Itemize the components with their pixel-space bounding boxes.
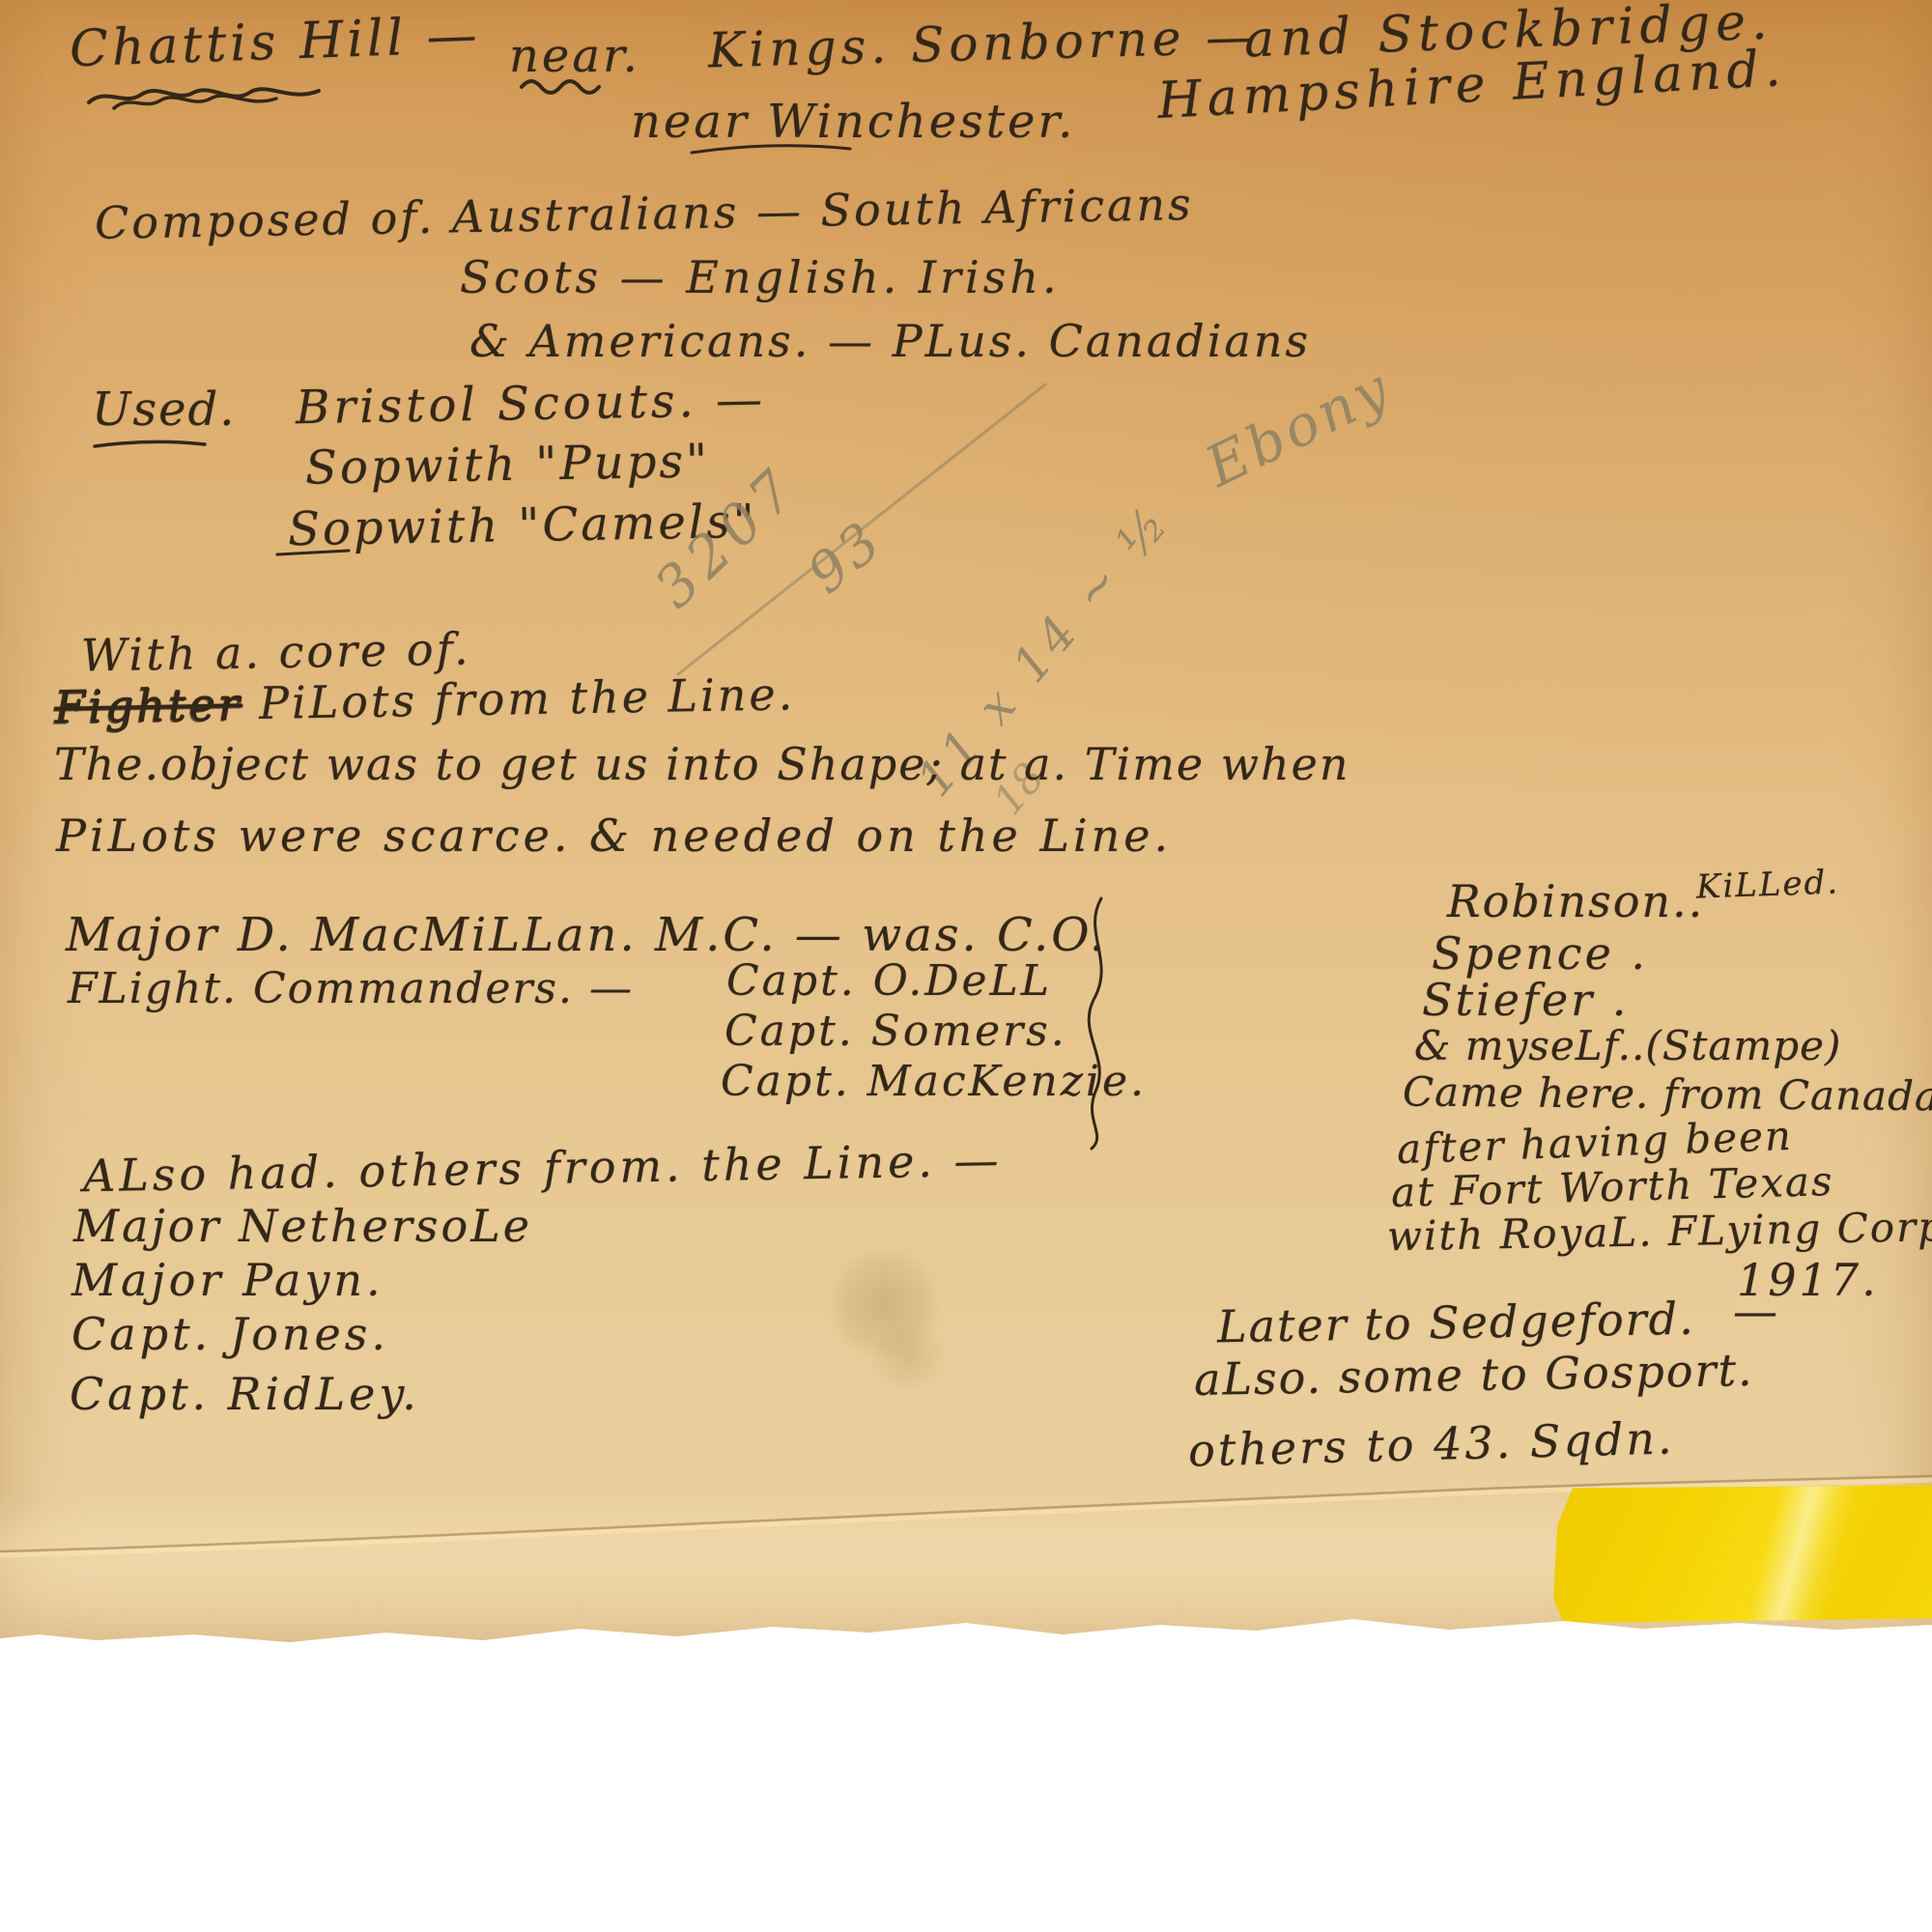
underline-used	[93, 437, 209, 452]
posting-gosport: aLso. some to Gosport.	[1194, 1344, 1754, 1406]
origin-dash: —	[1733, 1285, 1777, 1337]
pilot-robinson: Robinson..	[1447, 875, 1704, 927]
composed-line-2: Scots — English. Irish.	[460, 251, 1061, 303]
underline-chattis-hill	[87, 81, 328, 114]
pencil-ebony-note: Ebony	[1195, 355, 1402, 500]
aged-paper-sheet: Chattis Hill — near. Kings. Sonborne — a…	[0, 0, 1932, 1647]
pilot-spence: Spence .	[1432, 927, 1648, 980]
officer-jones: Capt. Jones.	[71, 1308, 389, 1360]
composed-line-3: & Americans. — PLus. Canadians	[469, 315, 1311, 367]
pilot-stiefer: Stiefer .	[1422, 974, 1629, 1026]
underline-near	[520, 71, 616, 97]
pilot-robinson-killed-note: KiLLed.	[1695, 863, 1839, 906]
used-label: Used.	[92, 383, 236, 437]
brace-squiggle	[1072, 894, 1121, 1154]
core-line-1: With a. core of.	[81, 622, 471, 681]
yellow-tape	[1550, 1484, 1932, 1629]
composed-line-1: Composed of. Australians — South African…	[95, 178, 1194, 249]
title-chattis-hill: Chattis Hill —	[69, 7, 482, 79]
officer-payn: Major Payn.	[71, 1254, 384, 1306]
posting-sedgeford: Later to Sedgeford.	[1217, 1293, 1696, 1353]
underline-winchester	[690, 139, 854, 160]
also-had-intro: ALso had. others from. the Line. —	[83, 1134, 1003, 1203]
captain-somers: Capt. Somers.	[724, 1007, 1067, 1056]
flight-commanders-label: FLight. Commanders. —	[68, 964, 634, 1013]
pilot-myself-stampe: & myseLf..(Stampe)	[1414, 1022, 1841, 1069]
document-photo: Chattis Hill — near. Kings. Sonborne — a…	[0, 0, 1932, 1932]
origin-line-1: Came here. from Canada.	[1403, 1068, 1932, 1121]
core-line-3: The.object was to get us into Shape; at …	[54, 738, 1350, 790]
paper-stain	[810, 1238, 988, 1427]
core-line-4: PiLots were scarce. & needed on the Line…	[56, 810, 1172, 862]
aircraft-sopwith-pups: Sopwith "Pups"	[305, 434, 711, 495]
overwritten-word-fighter: Fighter	[54, 677, 242, 732]
title-kings-somborne: Kings. Sonborne —	[707, 9, 1260, 79]
origin-line-4: with RoyaL. FLying Corps	[1387, 1203, 1932, 1260]
posting-43-sqdn: others to 43. Sqdn.	[1187, 1411, 1675, 1476]
captain-odell: Capt. O.DeLL	[726, 956, 1052, 1006]
commanding-officer-line: Major D. MacMiLLan. M.C. — was. C.O.	[66, 908, 1107, 962]
officer-ridley: Capt. RidLey.	[70, 1368, 420, 1420]
officer-nethersole: Major NethersoLe	[73, 1200, 532, 1252]
core-line-2-rest: PiLots from the Line.	[241, 668, 796, 729]
